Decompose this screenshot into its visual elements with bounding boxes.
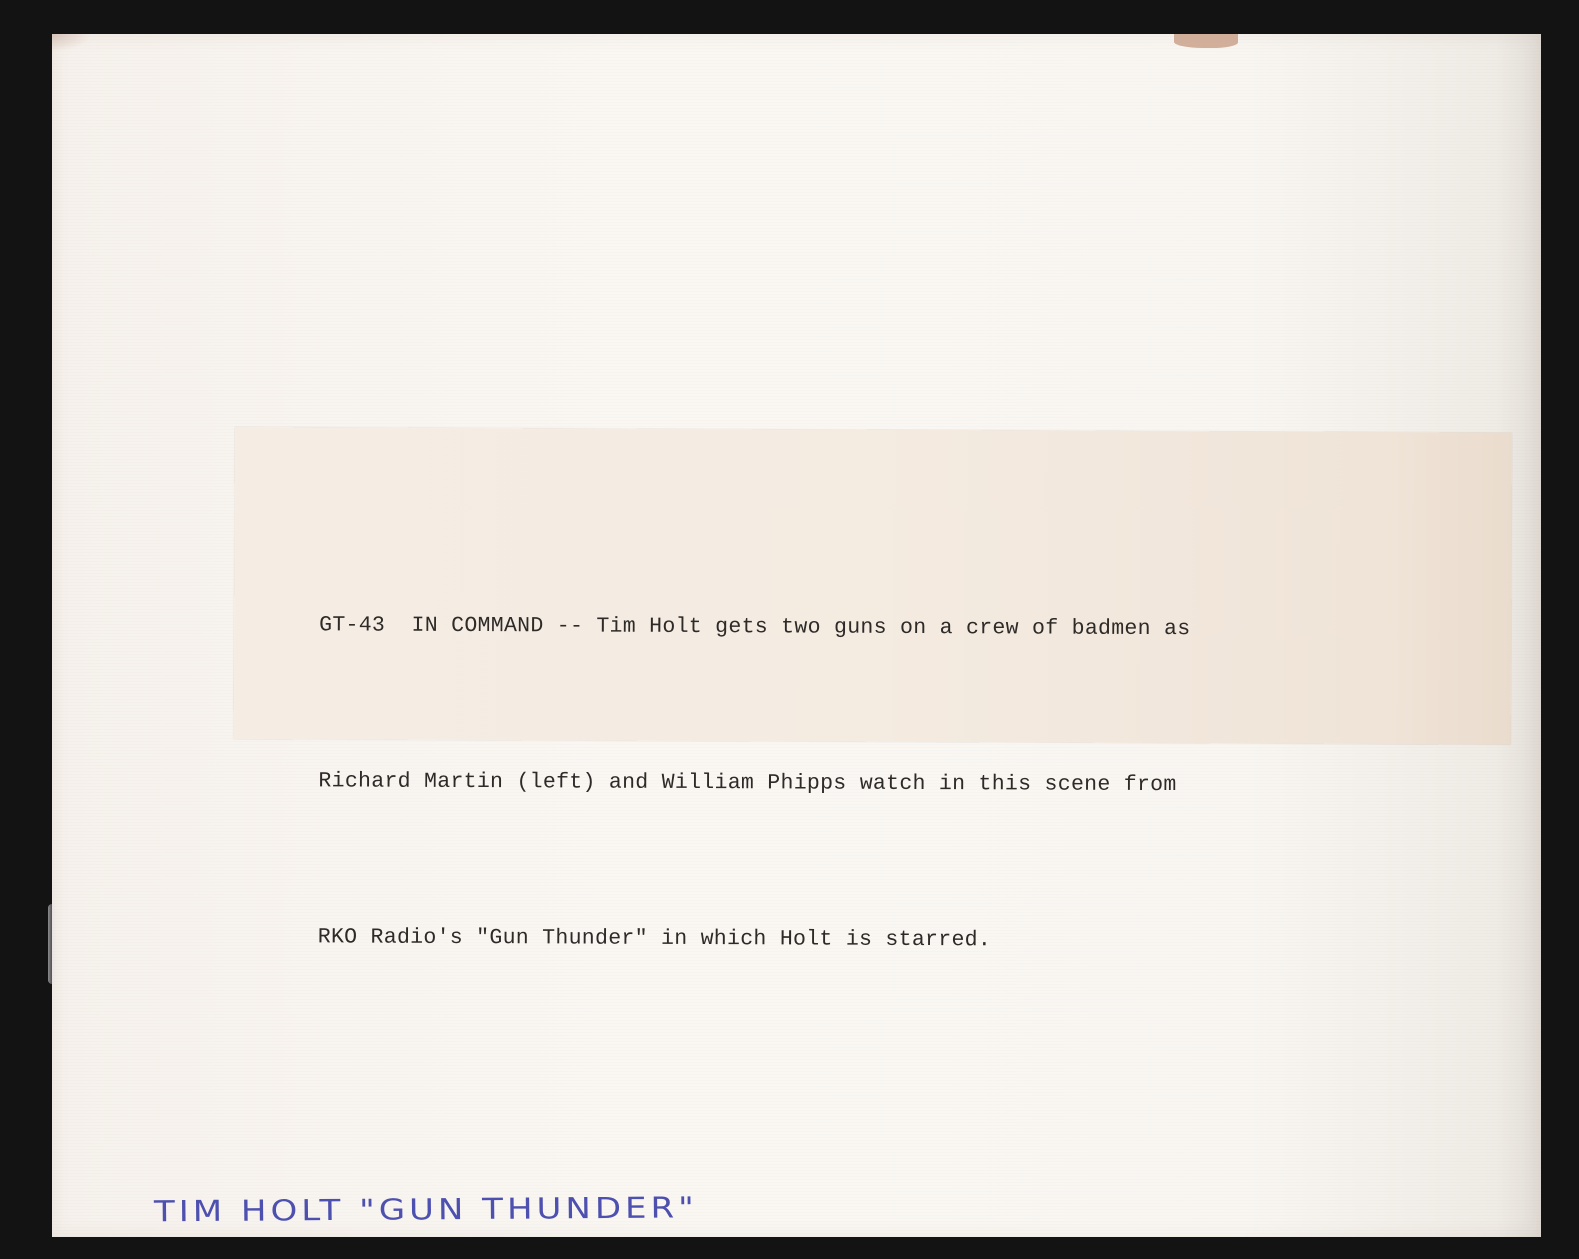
edge-wear <box>48 904 56 984</box>
tape-stain <box>1174 34 1238 48</box>
handwritten-note: TIM HOLT "GUN THUNDER" <box>154 1191 698 1229</box>
caption-line-2: Richard Martin (left) and William Phipps… <box>318 755 1190 811</box>
corner-stain <box>52 34 92 52</box>
photo-card-back: GT-43 IN COMMAND -- Tim Holt gets two gu… <box>52 34 1541 1237</box>
caption-line-3: RKO Radio's "Gun Thunder" in which Holt … <box>318 911 1190 967</box>
caption-line-1: GT-43 IN COMMAND -- Tim Holt gets two gu… <box>319 599 1191 655</box>
typed-caption: GT-43 IN COMMAND -- Tim Holt gets two gu… <box>317 495 1191 1071</box>
caption-label-slip: GT-43 IN COMMAND -- Tim Holt gets two gu… <box>234 427 1512 745</box>
